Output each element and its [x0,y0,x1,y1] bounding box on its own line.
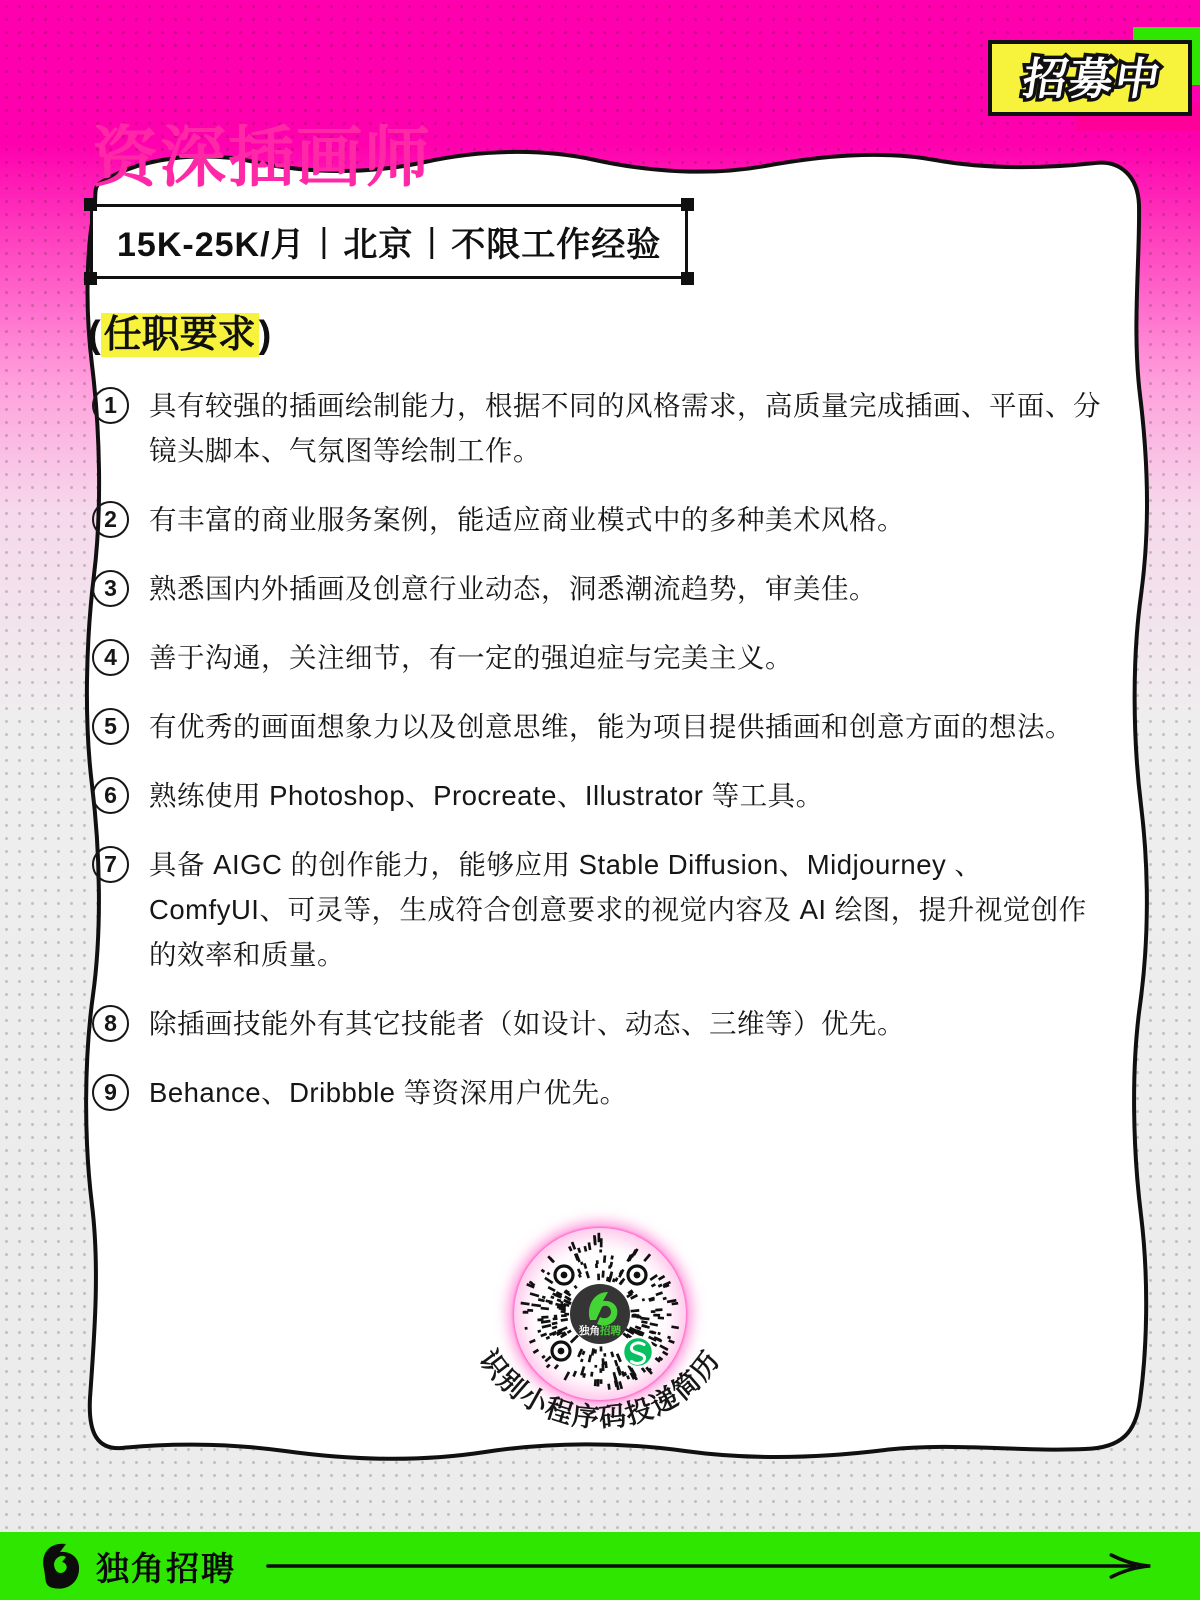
logo-text-primary: 独角 [578,1324,600,1337]
corner-handle-icon [681,198,694,211]
corner-handle-icon [681,272,694,285]
unicorn-logo-icon [36,1539,86,1593]
job-experience: 不限工作经验 [451,217,661,266]
list-item: 3 熟悉国内外插画及创意行业动态，洞悉潮流趋势，审美佳。 [92,566,1106,611]
item-text: 善于沟通，关注细节，有一定的强迫症与完美主义。 [149,635,793,680]
item-number-circle: 5 [92,708,129,745]
job-title: 资深插画师 [92,104,432,199]
item-text: 熟悉国内外插画及创意行业动态，洞悉潮流趋势，审美佳。 [149,566,877,611]
qr-caption-arc: 识别小程序码投递简历 [430,1340,770,1470]
item-text: 熟练使用 Photoshop、Procreate、Illustrator 等工具… [149,773,824,818]
item-text: 有丰富的商业服务案例，能适应商业模式中的多种美术风格。 [149,497,905,542]
heading-paren-close: ) [259,314,272,356]
list-item: 4 善于沟通，关注细节，有一定的强迫症与完美主义。 [92,635,1106,680]
requirements-list: 1 具有较强的插画绘制能力，根据不同的风格需求，高质量完成插画、平面、分镜头脚本… [92,383,1106,1139]
recruiting-badge-text-svg: 招募中 [996,47,1184,109]
job-meta-box: 15K-25K/月 | 北京 | 不限工作经验 [90,204,688,279]
meta-separator: | [320,222,330,261]
item-number-circle: 8 [92,1005,129,1042]
item-text: 具备 AIGC 的创作能力，能够应用 Stable Diffusion、Midj… [149,842,1106,977]
logo-text-accent: 招聘 [599,1324,621,1337]
footer-bar: 独角招聘 [0,1532,1200,1600]
recruiting-badge: 招募中 [988,40,1192,116]
list-item: 2 有丰富的商业服务案例，能适应商业模式中的多种美术风格。 [92,497,1106,542]
qr-center-logo-text: 独角招聘 [578,1324,621,1337]
item-number-circle: 9 [92,1074,129,1111]
list-item: 1 具有较强的插画绘制能力，根据不同的风格需求，高质量完成插画、平面、分镜头脚本… [92,383,1106,473]
item-text: 具有较强的插画绘制能力，根据不同的风格需求，高质量完成插画、平面、分镜头脚本、气… [149,383,1106,473]
item-number-circle: 7 [92,846,129,883]
item-number-circle: 1 [92,387,129,424]
meta-separator: | [427,222,437,261]
svg-text:识别小程序码投递简历: 识别小程序码投递简历 [473,1345,726,1434]
list-item: 5 有优秀的画面想象力以及创意思维，能为项目提供插画和创意方面的想法。 [92,704,1106,749]
item-text: Behance、Dribbble 等资深用户优先。 [149,1070,628,1115]
poster-page: 招募中 资深插画师 15K-25K/月 | 北京 | 不限工作经验 (任职要求)… [0,0,1200,1600]
qr-block: 独角招聘 识别小程序码投递简历 [428,1228,772,1458]
item-number-circle: 4 [92,639,129,676]
salary-range: 15K-25K/月 [117,217,306,266]
item-text: 除插画技能外有其它技能者（如设计、动态、三维等）优先。 [149,1001,905,1046]
item-text: 有优秀的画面想象力以及创意思维，能为项目提供插画和创意方面的想法。 [149,704,1073,749]
brand: 独角招聘 [36,1539,236,1593]
list-item: 6 熟练使用 Photoshop、Procreate、Illustrator 等… [92,773,1106,818]
requirements-heading-label: 任职要求 [101,313,259,357]
brand-name: 独角招聘 [96,1543,236,1590]
recruiting-badge-label: 招募中 [1019,55,1165,104]
list-item: 7 具备 AIGC 的创作能力，能够应用 Stable Diffusion、Mi… [92,842,1106,977]
heading-paren-open: ( [88,314,101,356]
job-city: 北京 [343,217,413,266]
list-item: 9 Behance、Dribbble 等资深用户优先。 [92,1070,1106,1115]
arrow-right-icon [264,1553,1164,1579]
corner-handle-icon [84,272,97,285]
corner-handle-icon [84,198,97,211]
item-number-circle: 2 [92,501,129,538]
list-item: 8 除插画技能外有其它技能者（如设计、动态、三维等）优先。 [92,1001,1106,1046]
qr-caption: 识别小程序码投递简历 [473,1345,726,1434]
item-number-circle: 6 [92,777,129,814]
item-number-circle: 3 [92,570,129,607]
requirements-heading: (任职要求) [88,303,271,358]
